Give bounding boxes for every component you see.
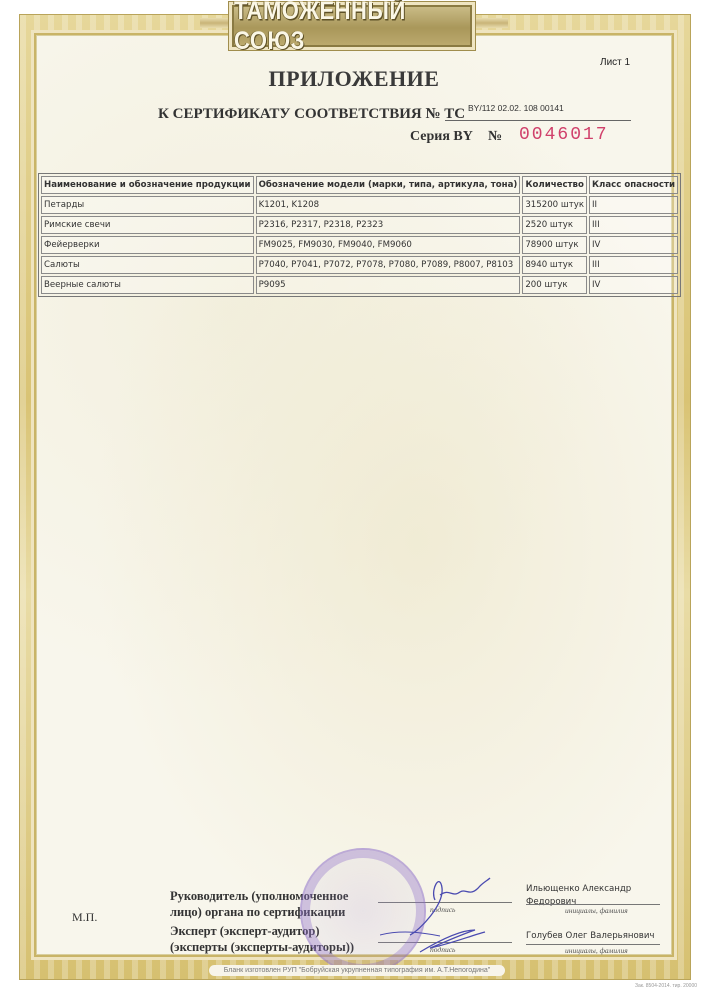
expert-name-caption: инициалы, фамилия bbox=[565, 946, 628, 955]
certificate-reference-label: К СЕРТИФИКАТУ СООТВЕТСТВИЯ № ТС bbox=[158, 106, 465, 123]
cell-product: Фейерверки bbox=[41, 236, 254, 254]
customs-union-banner: ТАМОЖЕННЫЙ СОЮЗ bbox=[232, 5, 472, 47]
cell-quantity: 2520 штук bbox=[522, 216, 587, 234]
cell-hazard-class: II bbox=[589, 196, 678, 214]
products-table: Наименование и обозначение продукции Обо… bbox=[38, 173, 681, 297]
number-sign: № bbox=[488, 129, 502, 145]
head-signature-line bbox=[378, 902, 512, 903]
table-header-row: Наименование и обозначение продукции Обо… bbox=[41, 176, 678, 194]
cell-model: P7040, P7041, P7072, P7078, P7080, P7089… bbox=[256, 256, 521, 274]
table-row: Римские свечи P2316, P2317, P2318, P2323… bbox=[41, 216, 678, 234]
expert-name: Голубев Олег Валерьянович bbox=[526, 930, 655, 943]
cell-hazard-class: IV bbox=[589, 276, 678, 294]
expert-label-line-2: (эксперты (эксперты-аудиторы)) bbox=[170, 939, 354, 955]
certificate-number-underline bbox=[445, 120, 631, 121]
cell-model: K1201, K1208 bbox=[256, 196, 521, 214]
expert-name-line bbox=[526, 944, 660, 945]
expert-label-line-1: Эксперт (эксперт-аудитор) bbox=[170, 923, 354, 939]
head-name-caption: инициалы, фамилия bbox=[565, 906, 628, 915]
cell-quantity: 200 штук bbox=[522, 276, 587, 294]
series-label: Серия BY bbox=[410, 129, 473, 145]
table-row: Веерные салюты P9095 200 штук IV bbox=[41, 276, 678, 294]
head-name-line bbox=[526, 904, 660, 905]
page-title: ПРИЛОЖЕНИЕ bbox=[0, 66, 708, 92]
column-header-hazard-class: Класс опасности bbox=[589, 176, 678, 194]
head-label-line-1: Руководитель (уполномоченное bbox=[170, 888, 348, 904]
series-number: 0046017 bbox=[519, 125, 609, 145]
cell-quantity: 315200 штук bbox=[522, 196, 587, 214]
cell-product: Веерные салюты bbox=[41, 276, 254, 294]
cell-product: Петарды bbox=[41, 196, 254, 214]
cell-model: P2316, P2317, P2318, P2323 bbox=[256, 216, 521, 234]
head-label-line-2: лицо) органа по сертификации bbox=[170, 904, 348, 920]
cell-model: FM9025, FM9030, FM9040, FM9060 bbox=[256, 236, 521, 254]
certificate-number: BY/112 02.02. 108 00141 bbox=[468, 103, 564, 113]
table-row: Салюты P7040, P7041, P7072, P7078, P7080… bbox=[41, 256, 678, 274]
seal-place-label: М.П. bbox=[72, 910, 97, 925]
cell-product: Салюты bbox=[41, 256, 254, 274]
banner-text: ТАМОЖЕННЫЙ СОЮЗ bbox=[234, 0, 470, 56]
head-name-line-1: Ильющенко Александр bbox=[526, 883, 631, 896]
expert-signature-caption: подпись bbox=[430, 945, 455, 954]
table-row: Фейерверки FM9025, FM9030, FM9040, FM906… bbox=[41, 236, 678, 254]
print-info: Зак. 8504-2014. тир. 20000 bbox=[635, 983, 697, 989]
column-header-model: Обозначение модели (марки, типа, артикул… bbox=[256, 176, 521, 194]
printer-footer: Бланк изготовлен РУП "Бобруйская укрупне… bbox=[209, 965, 505, 976]
column-header-product: Наименование и обозначение продукции bbox=[41, 176, 254, 194]
cell-product: Римские свечи bbox=[41, 216, 254, 234]
cell-hazard-class: IV bbox=[589, 236, 678, 254]
cell-model: P9095 bbox=[256, 276, 521, 294]
cell-hazard-class: III bbox=[589, 216, 678, 234]
expert-signature-line bbox=[378, 942, 512, 943]
head-signature-caption: подпись bbox=[430, 905, 455, 914]
table-row: Петарды K1201, K1208 315200 штук II bbox=[41, 196, 678, 214]
cell-quantity: 78900 штук bbox=[522, 236, 587, 254]
expert-label: Эксперт (эксперт-аудитор) (эксперты (экс… bbox=[170, 923, 354, 955]
cell-quantity: 8940 штук bbox=[522, 256, 587, 274]
column-header-quantity: Количество bbox=[522, 176, 587, 194]
head-of-body-label: Руководитель (уполномоченное лицо) орган… bbox=[170, 888, 348, 920]
cell-hazard-class: III bbox=[589, 256, 678, 274]
